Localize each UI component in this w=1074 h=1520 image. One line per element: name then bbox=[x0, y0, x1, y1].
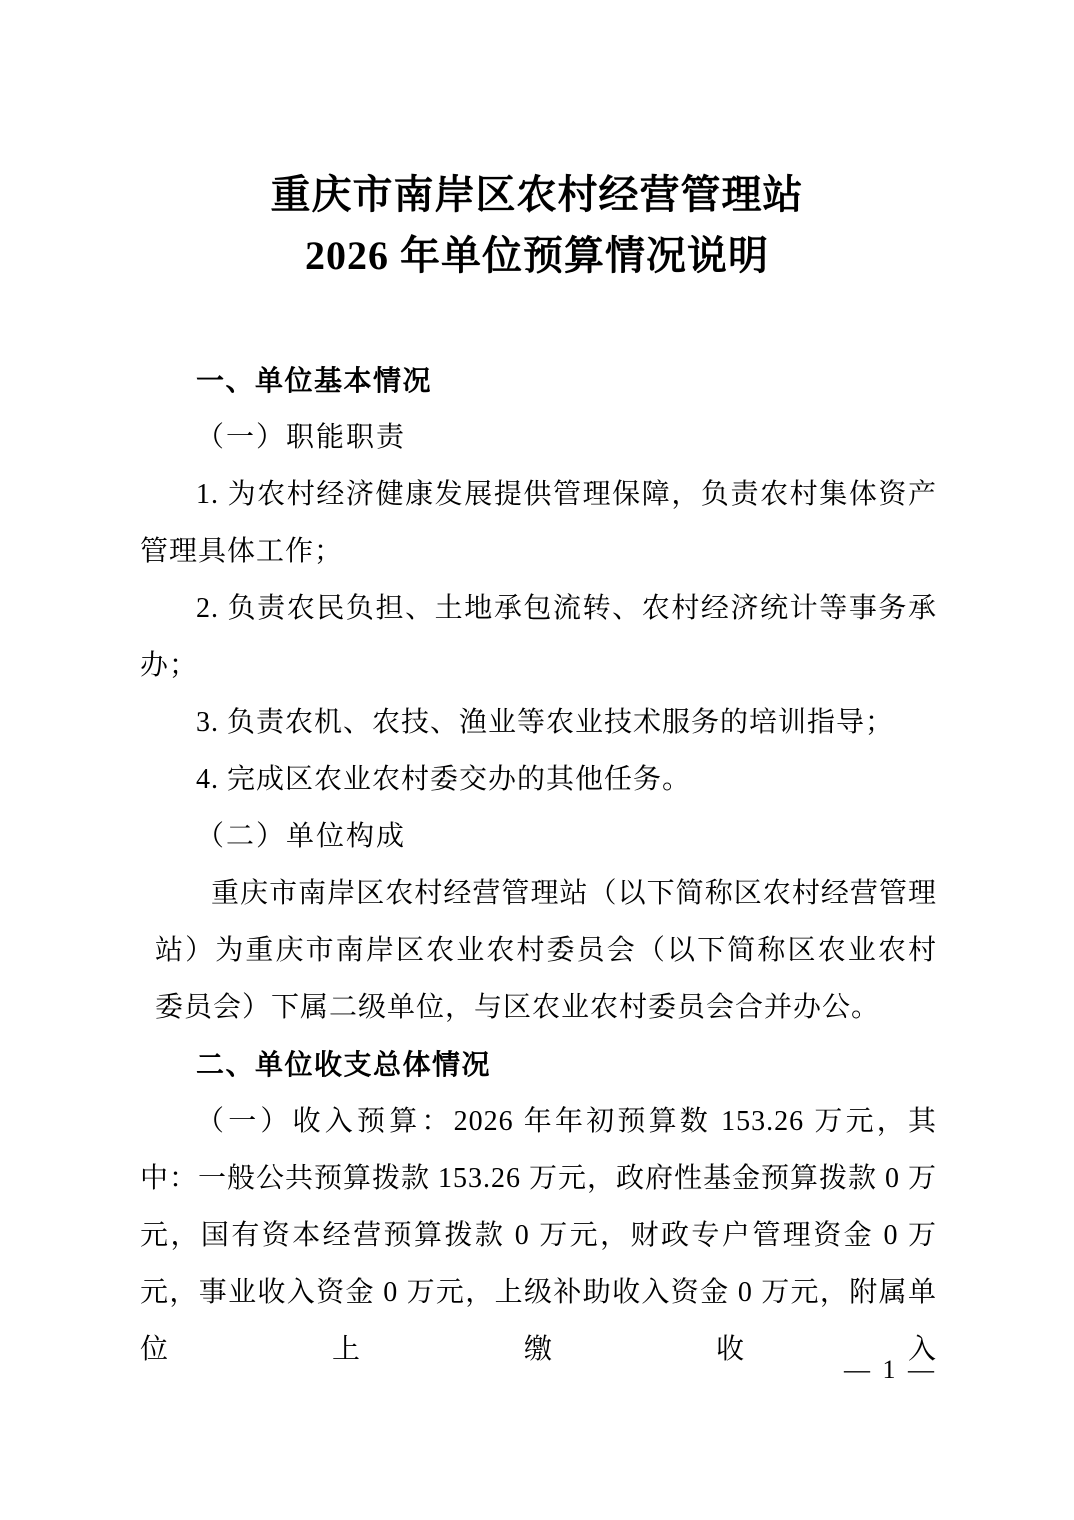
document-page: 重庆市南岸区农村经营管理站 2026 年单位预算情况说明 一、单位基本情况 （一… bbox=[0, 0, 1074, 1520]
duty-item-1: 1. 为农村经济健康发展提供管理保障，负责农村集体资产管理具体工作； bbox=[140, 466, 937, 580]
section-1-heading: 一、单位基本情况 bbox=[140, 352, 937, 409]
title-line-2: 2026 年单位预算情况说明 bbox=[0, 225, 1074, 286]
duty-item-2: 2. 负责农民负担、土地承包流转、农村经济统计等事务承办； bbox=[140, 580, 937, 694]
duty-item-4: 4. 完成区农业农村委交办的其他任务。 bbox=[140, 751, 937, 808]
income-budget-lead: （一）收入预算： bbox=[196, 1106, 454, 1137]
duty-item-3: 3. 负责农机、农技、渔业等农业技术服务的培训指导； bbox=[140, 694, 937, 751]
section-2-heading: 二、单位收支总体情况 bbox=[140, 1036, 937, 1093]
page-number: — 1 — bbox=[844, 1353, 937, 1387]
unit-composition-paragraph: 重庆市南岸区农村经营管理站（以下简称区农村经营管理站）为重庆市南岸区农业农村委员… bbox=[140, 865, 937, 1036]
title-line-1: 重庆市南岸区农村经营管理站 bbox=[0, 164, 1074, 225]
subsection-1-2-label: （二）单位构成 bbox=[140, 808, 937, 865]
income-budget-paragraph: （一）收入预算：2026 年年初预算数 153.26 万元，其中：一般公共预算拨… bbox=[140, 1093, 937, 1378]
subsection-1-1-label: （一）职能职责 bbox=[140, 409, 937, 466]
income-budget-text: 2026 年年初预算数 153.26 万元，其中：一般公共预算拨款 153.26… bbox=[140, 1106, 937, 1365]
document-title: 重庆市南岸区农村经营管理站 2026 年单位预算情况说明 bbox=[0, 0, 1074, 286]
document-body: 一、单位基本情况 （一）职能职责 1. 为农村经济健康发展提供管理保障，负责农村… bbox=[140, 352, 937, 1378]
